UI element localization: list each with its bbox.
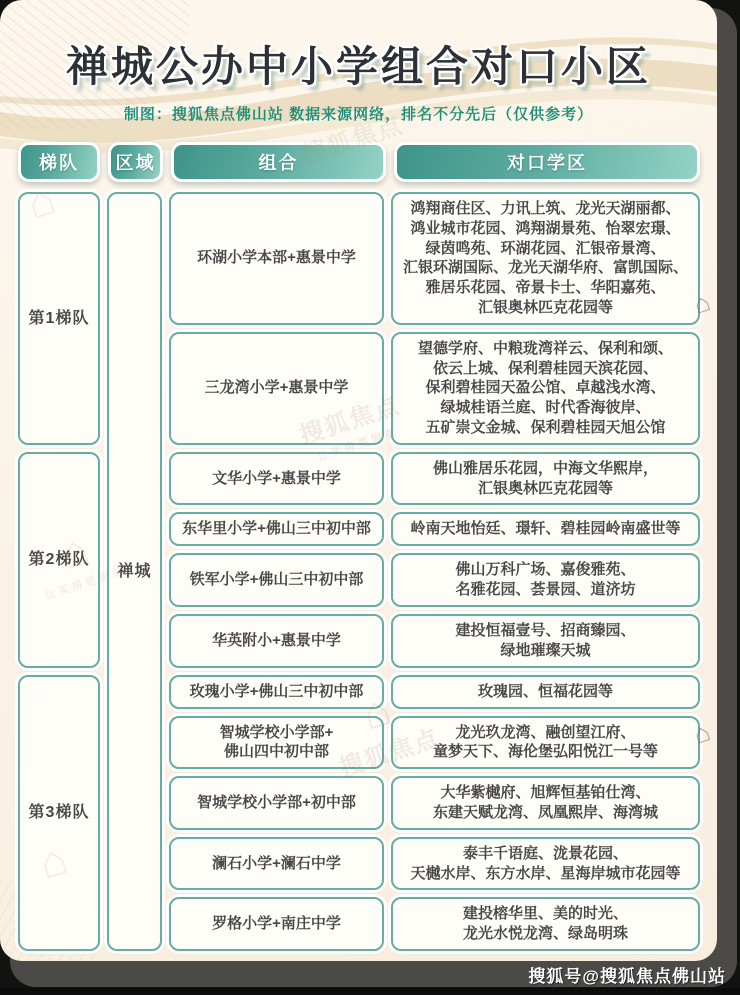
district-cell: 建投榕华里、美的时光、 龙光水悦龙湾、绿岛明珠 [391, 897, 700, 951]
combo-cell: 东华里小学+佛山三中初中部 [169, 512, 384, 546]
district-cell: 望德学府、中粮珑湾祥云、保利和颂、 依云上城、保利碧桂园天滨花园、 保利碧桂园天… [391, 332, 700, 445]
combo-cell: 罗格小学+南庄中学 [169, 897, 384, 951]
combo-cell: 智城学校小学部+初中部 [169, 776, 384, 830]
combo-cell: 环湖小学本部+惠景中学 [169, 192, 384, 325]
header-district: 对口学区 [394, 142, 700, 182]
combo-cell: 澜石小学+澜石中学 [169, 837, 384, 891]
combo-cell: 玫瑰小学+佛山三中初中部 [169, 675, 384, 709]
tier-2-label: 第2梯队 [18, 452, 100, 668]
page-subtitle: 制图：搜狐焦点佛山站 数据来源网络，排名不分先后（仅供参考） [0, 103, 717, 124]
combo-cell: 三龙湾小学+惠景中学 [169, 332, 384, 445]
district-cell: 佛山雅居乐花园，中海文华熙岸， 汇银奥林匹克花园等 [391, 452, 700, 506]
header-tier: 梯队 [18, 142, 100, 182]
table-header-row: 梯队 区域 组合 对口学区 [18, 142, 700, 182]
combo-cell: 文华小学+惠景中学 [169, 452, 384, 506]
region-label: 禅城 [107, 192, 162, 951]
tier-1-label: 第1梯队 [18, 192, 100, 445]
combo-cell: 智城学校小学部+ 佛山四中初中部 [169, 716, 384, 770]
tier-3-label: 第3梯队 [18, 675, 100, 951]
combo-cell: 华英附小+惠景中学 [169, 614, 384, 668]
header-combo: 组合 [171, 142, 386, 182]
footer-credit: 搜狐号@搜狐焦点佛山站 [528, 962, 726, 987]
district-cell: 玫瑰园、恒福花园等 [391, 675, 700, 709]
district-cell: 大华紫樾府、旭辉恒基铂仕湾、 东建天赋龙湾、凤凰熙岸、海湾城 [391, 776, 700, 830]
combo-cell: 铁军小学+佛山三中初中部 [169, 553, 384, 607]
header-region: 区域 [108, 142, 163, 182]
poster-card: 禅城公办中小学组合对口小区 制图：搜狐焦点佛山站 数据来源网络，排名不分先后（仅… [0, 0, 717, 961]
school-table: 第1梯队 第2梯队 第3梯队 禅城 环湖小学本部+惠景中学 鸿翔商住区、力讯上筑… [18, 192, 700, 951]
page-title: 禅城公办中小学组合对口小区 [66, 34, 651, 94]
district-cell: 龙光玖龙湾、融创望江府、 童梦天下、海伦堡弘阳悦江一号等 [391, 716, 700, 770]
district-cell: 佛山万科广场、嘉俊雅苑、 名雅花园、荟景园、道济坊 [391, 553, 700, 607]
bottom-edge [0, 988, 740, 995]
district-cell: 建投恒福壹号、招商臻园、 绿地璀璨天城 [391, 614, 700, 668]
district-cell: 岭南天地怡廷、璟轩、碧桂园岭南盛世等 [391, 512, 700, 546]
district-cell: 鸿翔商住区、力讯上筑、龙光天湖丽都、 鸿业城市花园、鸿翔湖景苑、怡翠宏璟、 绿茵… [391, 192, 700, 325]
district-cell: 泰丰千语庭、泷景花园、 天樾水岸、东方水岸、星海岸城市花园等 [391, 837, 700, 891]
